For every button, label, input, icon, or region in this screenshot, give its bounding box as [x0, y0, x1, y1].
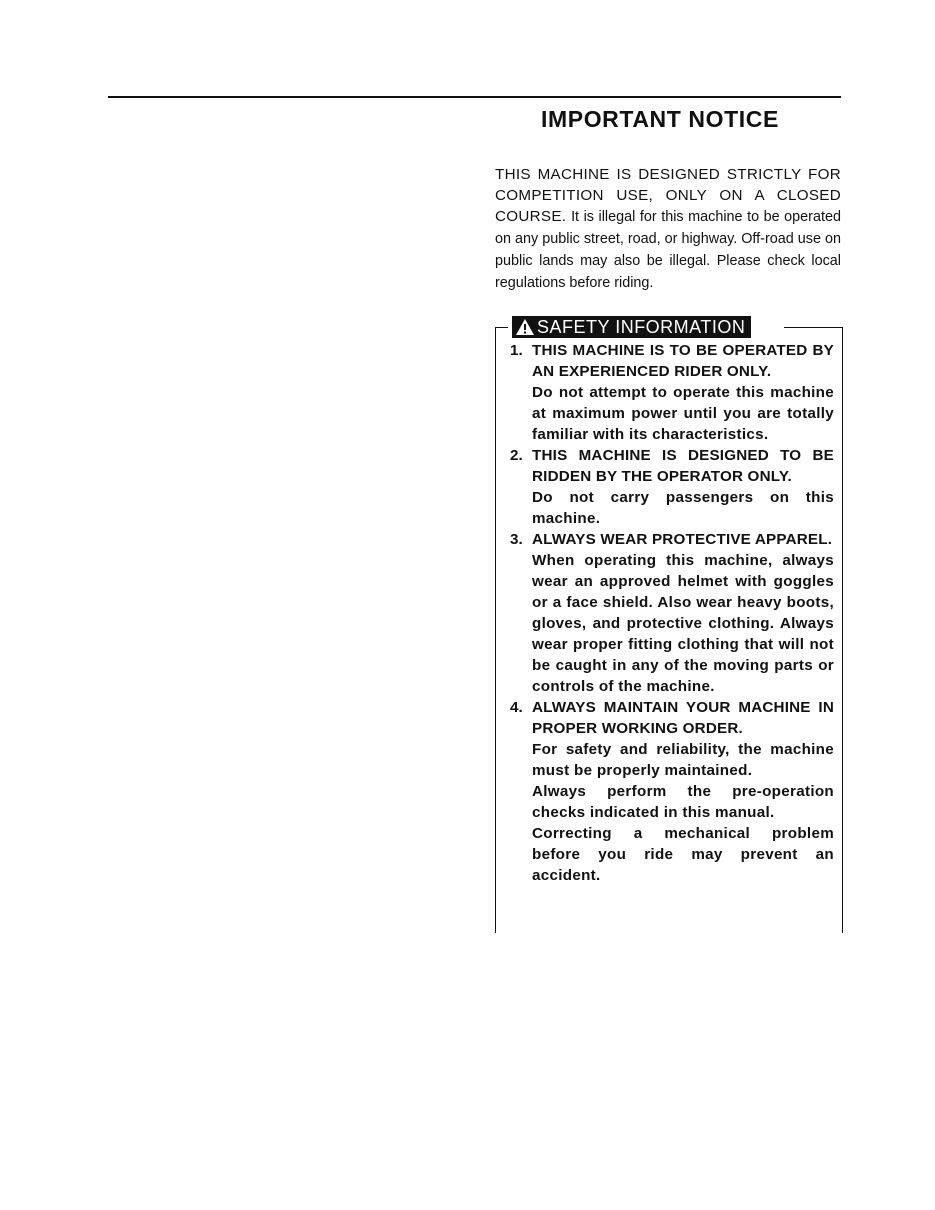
- safety-items-list: 1. THIS MACHINE IS TO BE OPERATED BY AN …: [510, 340, 834, 886]
- item-heading: ALWAYS MAINTAIN YOUR MACHINE IN PROPER W…: [532, 697, 834, 739]
- safety-item: 3. ALWAYS WEAR PROTECTIVE APPAREL. When …: [510, 529, 834, 697]
- item-heading: ALWAYS WEAR PROTECTIVE APPAREL.: [532, 529, 834, 550]
- item-paragraph: Always perform the pre-operation checks …: [532, 781, 834, 823]
- safety-label-text: SAFETY INFORMATION: [537, 316, 745, 338]
- item-heading: THIS MACHINE IS DESIGNED TO BE RIDDEN BY…: [532, 445, 834, 487]
- item-paragraph: For safety and reliability, the machine …: [532, 739, 834, 781]
- item-paragraph: When operating this machine, always wear…: [532, 550, 834, 697]
- item-number: 2.: [510, 445, 532, 529]
- safety-item: 4. ALWAYS MAINTAIN YOUR MACHINE IN PROPE…: [510, 697, 834, 886]
- item-number: 1.: [510, 340, 532, 445]
- warning-triangle-icon: [515, 318, 535, 336]
- page-title: IMPORTANT NOTICE: [541, 106, 779, 133]
- item-heading: THIS MACHINE IS TO BE OPERATED BY AN EXP…: [532, 340, 834, 382]
- item-paragraph: Do not attempt to operate this machine a…: [532, 382, 834, 445]
- safety-item: 1. THIS MACHINE IS TO BE OPERATED BY AN …: [510, 340, 834, 445]
- item-number: 4.: [510, 697, 532, 886]
- top-rule: [108, 96, 841, 98]
- item-number: 3.: [510, 529, 532, 697]
- safety-information-label: SAFETY INFORMATION: [512, 316, 751, 338]
- important-notice-text: THIS MACHINE IS DESIGNED STRICTLY FOR CO…: [495, 164, 841, 294]
- item-paragraph: Correcting a mechanical problem before y…: [532, 823, 834, 886]
- item-paragraph: Do not carry passengers on this machine.: [532, 487, 834, 529]
- safety-item: 2. THIS MACHINE IS DESIGNED TO BE RIDDEN…: [510, 445, 834, 529]
